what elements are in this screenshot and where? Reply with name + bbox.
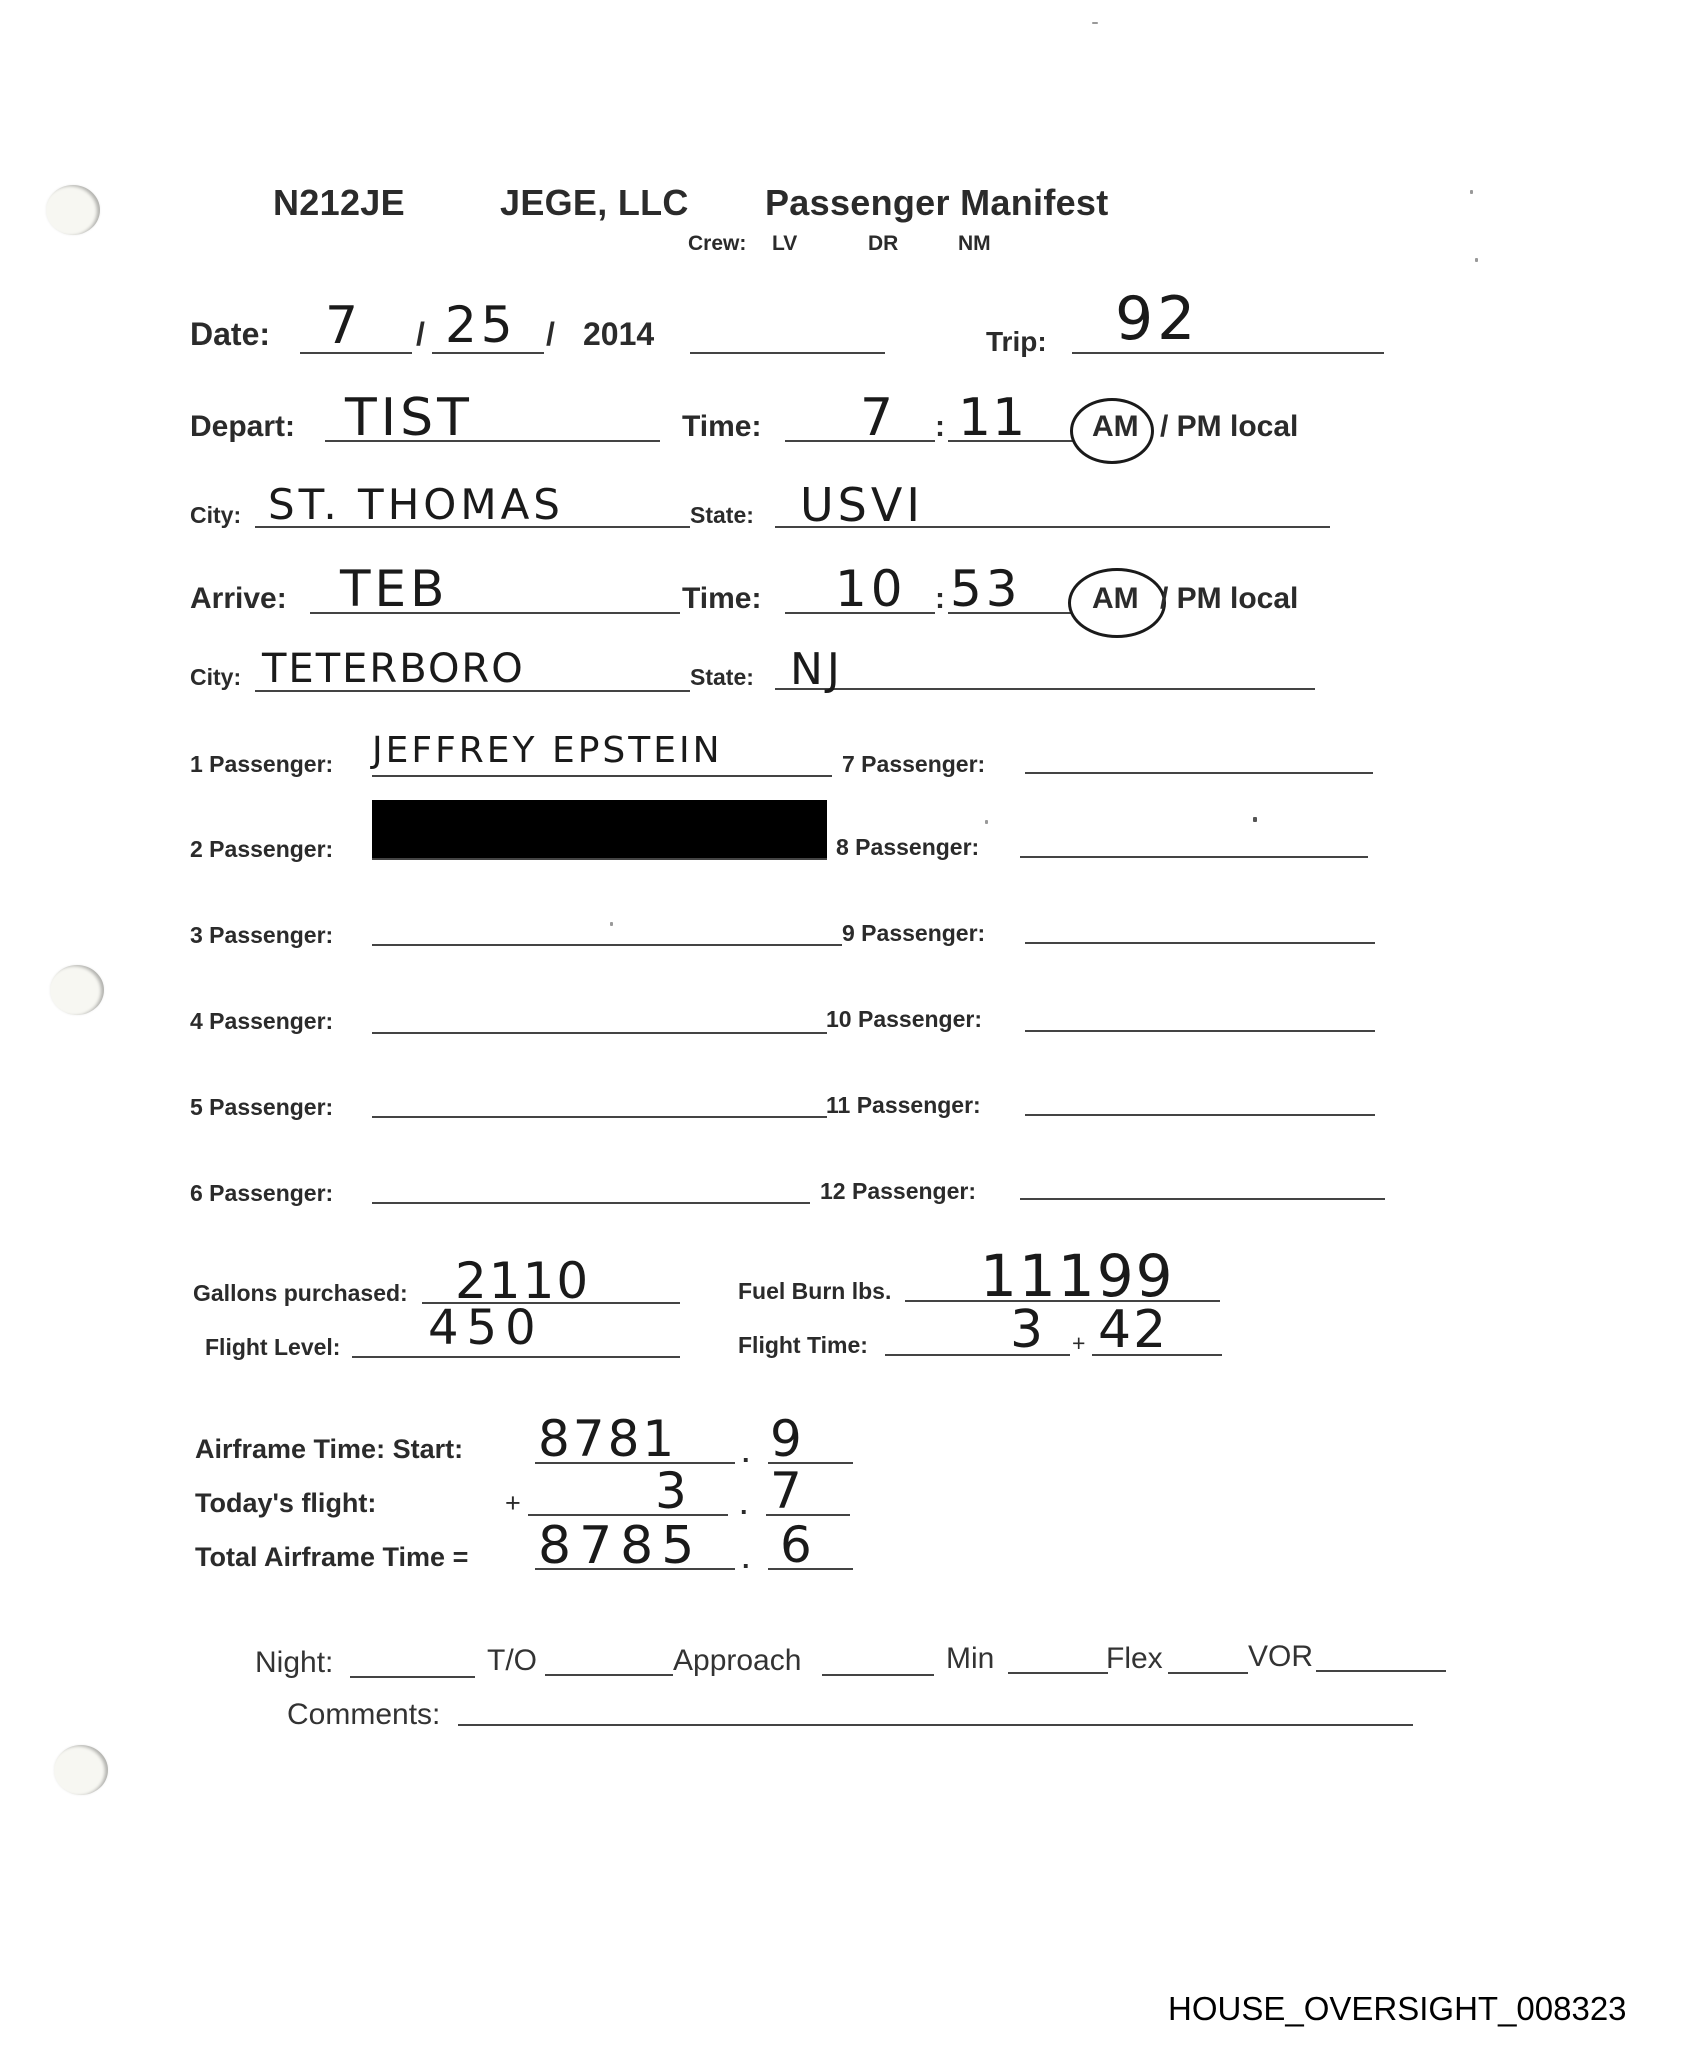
comments-label: Comments: xyxy=(287,1698,440,1732)
flight-level-line xyxy=(352,1356,680,1358)
flight-level-label: Flight Level: xyxy=(205,1334,340,1361)
arrive-state-label: State: xyxy=(690,664,754,691)
passenger-1-field[interactable]: JEFFREY EPSTEIN xyxy=(372,730,723,771)
crew-member-2: DR xyxy=(868,232,898,256)
flight-time-hours-field[interactable]: 3 xyxy=(1010,1300,1047,1360)
depart-am-circle-mark xyxy=(1070,398,1154,464)
today-flight-label: Today's flight: xyxy=(195,1488,376,1519)
passenger-7-label: 7 Passenger: xyxy=(842,751,985,778)
arrive-city-field[interactable]: TETERBORO xyxy=(262,646,525,692)
airframe-start-whole-field[interactable]: 8781 xyxy=(538,1410,677,1468)
scan-speck xyxy=(1092,22,1098,24)
passenger-12-label: 12 Passenger: xyxy=(820,1178,976,1205)
depart-pm-option[interactable]: / PM local xyxy=(1160,410,1298,444)
company-name: JEGE, LLC xyxy=(500,182,689,224)
today-flight-plus: + xyxy=(505,1488,521,1519)
takeoff-line[interactable] xyxy=(545,1674,673,1676)
today-flight-dot: . xyxy=(740,1490,748,1521)
arrive-time-label: Time: xyxy=(682,582,761,616)
fuel-burn-label: Fuel Burn lbs. xyxy=(738,1278,891,1305)
passenger-8-label: 8 Passenger: xyxy=(836,834,979,861)
depart-hour-field[interactable]: 7 xyxy=(860,388,897,448)
night-line[interactable] xyxy=(350,1676,475,1678)
min-line[interactable] xyxy=(1008,1672,1108,1674)
date-year: 2014 xyxy=(583,316,654,353)
depart-time-label: Time: xyxy=(682,410,761,444)
vor-label: VOR xyxy=(1248,1640,1313,1674)
scan-speck xyxy=(985,820,988,824)
airframe-start-decimal-field[interactable]: 9 xyxy=(770,1410,806,1468)
passenger-10-label: 10 Passenger: xyxy=(826,1006,982,1033)
depart-label: Depart: xyxy=(190,410,295,444)
comments-line[interactable] xyxy=(458,1724,1413,1726)
night-label: Night: xyxy=(255,1646,333,1680)
approach-label: Approach xyxy=(673,1644,801,1678)
crew-label: Crew: xyxy=(688,232,746,256)
binder-hole-top xyxy=(46,185,100,235)
scan-speck xyxy=(1253,817,1257,822)
binder-hole-bottom xyxy=(54,1745,108,1795)
passenger-7-line[interactable] xyxy=(1025,772,1373,774)
date-sep-2: / xyxy=(546,316,555,353)
passenger-5-line[interactable] xyxy=(372,1116,827,1118)
scan-speck xyxy=(1475,258,1478,262)
depart-minute-field[interactable]: 11 xyxy=(958,388,1026,448)
passenger-1-label: 1 Passenger: xyxy=(190,751,333,778)
passenger-1-line xyxy=(372,775,832,777)
bates-number: HOUSE_OVERSIGHT_008323 xyxy=(1168,1990,1627,2028)
gallons-purchased-label: Gallons purchased: xyxy=(193,1280,408,1307)
arrive-time-colon: : xyxy=(935,582,945,616)
depart-city-label: City: xyxy=(190,502,241,529)
date-year-line xyxy=(690,352,885,354)
passenger-9-label: 9 Passenger: xyxy=(842,920,985,947)
arrive-city-label: City: xyxy=(190,664,241,691)
passenger-10-line[interactable] xyxy=(1025,1030,1375,1032)
passenger-3-label: 3 Passenger: xyxy=(190,922,333,949)
arrive-hour-field[interactable]: 10 xyxy=(835,560,907,618)
passenger-3-line[interactable] xyxy=(372,944,842,946)
passenger-5-label: 5 Passenger: xyxy=(190,1094,333,1121)
passenger-4-line[interactable] xyxy=(372,1032,827,1034)
passenger-11-line[interactable] xyxy=(1025,1114,1375,1116)
passenger-4-label: 4 Passenger: xyxy=(190,1008,333,1035)
flight-level-field[interactable]: 450 xyxy=(428,1300,544,1356)
depart-state-label: State: xyxy=(690,502,754,529)
arrive-label: Arrive: xyxy=(190,582,287,616)
today-flight-decimal-field[interactable]: 7 xyxy=(770,1462,806,1520)
flight-time-separator: + xyxy=(1072,1330,1085,1357)
arrive-state-line xyxy=(775,688,1315,690)
total-airframe-decimal-field[interactable]: 6 xyxy=(780,1516,816,1574)
date-sep-1: / xyxy=(416,316,425,353)
passenger-2-label: 2 Passenger: xyxy=(190,836,333,863)
passenger-8-line[interactable] xyxy=(1020,856,1368,858)
depart-state-field[interactable]: USVI xyxy=(800,478,924,532)
arrive-state-field[interactable]: NJ xyxy=(790,644,844,695)
arrive-pm-option[interactable]: / PM local xyxy=(1160,582,1298,616)
total-airframe-label: Total Airframe Time = xyxy=(195,1542,468,1573)
takeoff-label: T/O xyxy=(487,1644,537,1678)
flex-label: Flex xyxy=(1106,1642,1163,1676)
airframe-start-dot: . xyxy=(742,1438,750,1469)
scan-speck xyxy=(610,922,613,926)
passenger-2-redaction-block xyxy=(372,800,827,858)
depart-city-field[interactable]: ST. THOMAS xyxy=(268,480,564,529)
arrive-airport-field[interactable]: TEB xyxy=(340,560,448,618)
passenger-12-line[interactable] xyxy=(1020,1198,1385,1200)
passenger-2-line xyxy=(372,858,827,860)
passenger-9-line[interactable] xyxy=(1025,942,1375,944)
depart-time-colon: : xyxy=(935,410,945,444)
passenger-6-line[interactable] xyxy=(372,1202,810,1204)
min-label: Min xyxy=(946,1642,994,1676)
flex-line[interactable] xyxy=(1168,1672,1248,1674)
total-airframe-whole-field[interactable]: 8785 xyxy=(538,1516,702,1576)
passenger-6-label: 6 Passenger: xyxy=(190,1180,333,1207)
date-day-field[interactable]: 25 xyxy=(445,296,517,354)
today-flight-whole-field[interactable]: 3 xyxy=(655,1462,691,1520)
flight-time-label: Flight Time: xyxy=(738,1332,868,1359)
arrive-am-circle-mark xyxy=(1068,568,1166,638)
flight-time-minutes-field[interactable]: 42 xyxy=(1098,1300,1168,1360)
tail-number: N212JE xyxy=(273,182,405,224)
trip-label: Trip: xyxy=(986,326,1047,358)
total-airframe-dot: . xyxy=(742,1544,750,1575)
airframe-start-label: Airframe Time: Start: xyxy=(195,1434,463,1465)
depart-airport-field[interactable]: TIST xyxy=(345,388,473,448)
date-month-field[interactable]: 7 xyxy=(325,296,362,356)
form-title: Passenger Manifest xyxy=(765,182,1109,224)
arrive-minute-field[interactable]: 53 xyxy=(950,560,1022,618)
approach-line[interactable] xyxy=(822,1674,934,1676)
date-label: Date: xyxy=(190,316,270,353)
crew-member-1: LV xyxy=(772,232,797,256)
binder-hole-middle xyxy=(50,965,104,1015)
passenger-11-label: 11 Passenger: xyxy=(826,1092,981,1119)
crew-member-3: NM xyxy=(958,232,991,256)
scan-speck xyxy=(1470,190,1473,194)
vor-line[interactable] xyxy=(1316,1670,1446,1672)
trip-field[interactable]: 92 xyxy=(1115,284,1199,354)
